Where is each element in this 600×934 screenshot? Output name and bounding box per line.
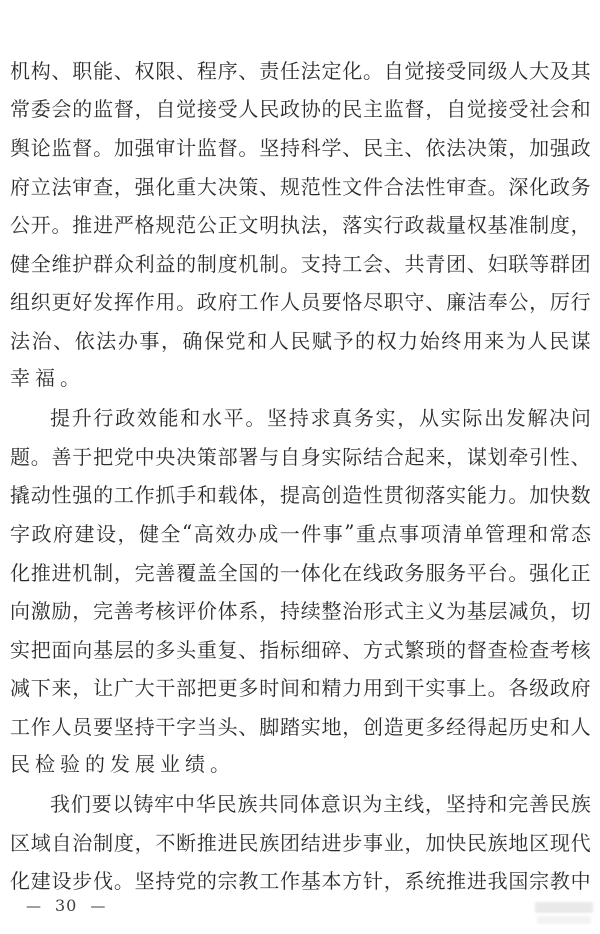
character: 基 (467, 595, 487, 624)
character: 实 (363, 209, 383, 238)
character: 断 (176, 827, 196, 856)
character: 基 (301, 865, 321, 894)
character: 我 (488, 865, 508, 894)
character: 公 (197, 209, 217, 238)
character: 的 (446, 634, 466, 663)
character: 央 (155, 441, 175, 470)
character: ， (259, 479, 279, 508)
character: 恪 (342, 286, 362, 315)
character: 实 (441, 402, 461, 431)
character: 评 (176, 595, 196, 624)
character: 。 (238, 132, 258, 161)
text-line: 机构、职能、权限、程序、责任法定化。自觉接受同级人大及其 (10, 50, 591, 89)
character: 系 (238, 595, 258, 624)
character: 力 (398, 325, 418, 354)
character: 织 (31, 286, 51, 315)
character: 策 (197, 441, 217, 470)
character: ” (344, 520, 354, 544)
character: 组 (10, 286, 30, 315)
character: 区 (529, 827, 549, 856)
character: 来 (484, 325, 504, 354)
character: 法 (446, 132, 466, 161)
character: 民 (467, 827, 487, 856)
text-line: 字政府建设，健全“高效办成一件事”重点事项清单管理和常态 (10, 513, 591, 552)
character: 。 (245, 402, 265, 431)
character: 牵 (508, 441, 528, 470)
character: 提 (280, 479, 300, 508)
character: 自 (155, 93, 175, 122)
character: 重 (176, 171, 196, 200)
watermark-blur-top (535, 902, 593, 913)
character: 加 (529, 132, 549, 161)
character: 和 (528, 518, 548, 547)
character: 受 (446, 55, 466, 84)
character: 引 (529, 441, 549, 470)
character: 制 (93, 557, 113, 586)
character: 正 (218, 209, 238, 238)
character: 推 (446, 865, 466, 894)
character: 式 (384, 595, 404, 624)
character: 价 (197, 595, 217, 624)
character: 头 (218, 711, 238, 740)
character: 统 (425, 865, 445, 894)
character: 坚 (267, 402, 287, 431)
character: 社 (529, 93, 549, 122)
text-line: 法治、依法办事，确保党和人民赋予的权力始终用来为人民谋 (10, 320, 591, 359)
character: 政 (197, 286, 217, 315)
character: 赋 (312, 325, 332, 354)
character: 和 (247, 325, 267, 354)
character: 为 (506, 325, 526, 354)
character: 化 (10, 865, 30, 894)
character: 出 (484, 402, 504, 431)
character: 识 (342, 788, 362, 817)
page-number: 30 (55, 896, 77, 915)
character: 把 (197, 672, 217, 701)
character: 查 (529, 634, 549, 663)
character: 坚 (259, 132, 279, 161)
character: 。 (114, 865, 134, 894)
text-line: 健全维护群众利益的制度机制。支持工会、共青团、妇联等群团 (10, 243, 591, 282)
character: 当 (197, 711, 217, 740)
character: 级 (529, 672, 549, 701)
character: 责 (259, 55, 279, 84)
character: 护 (72, 248, 92, 277)
character: 合 (384, 441, 404, 470)
character: 系 (405, 865, 425, 894)
character: 起 (488, 711, 508, 740)
character: 办 (118, 325, 138, 354)
character: 权 (467, 209, 487, 238)
character: 等 (529, 248, 549, 277)
character: 署 (238, 441, 258, 470)
character: ， (446, 441, 466, 470)
character: 抓 (155, 479, 175, 508)
footer-dash-right: — (90, 897, 106, 915)
character: 进 (218, 827, 238, 856)
character: 升 (72, 402, 92, 431)
text-line: 题。善于把党中央决策部署与自身实际结合起来，谋划牵引性、 (10, 436, 591, 475)
character: 我 (50, 788, 70, 817)
character: 团 (280, 827, 300, 856)
character: 经 (446, 711, 466, 740)
character: 自 (384, 55, 404, 84)
character: 。 (176, 286, 196, 315)
character: 持 (280, 132, 300, 161)
character: 精 (321, 672, 341, 701)
character: 常 (549, 518, 569, 547)
character: 工 (114, 479, 134, 508)
character: 把 (93, 441, 113, 470)
character: 、 (259, 171, 279, 200)
character: 。 (31, 441, 51, 470)
character: “ (182, 520, 192, 544)
character: 族 (237, 788, 257, 817)
character: 民 (290, 325, 310, 354)
character: 人 (528, 325, 548, 354)
character: 部 (176, 672, 196, 701)
character: 激 (31, 595, 51, 624)
character: ， (425, 788, 445, 817)
character: 职 (72, 55, 92, 84)
character: ， (342, 711, 362, 740)
character: 全 (161, 518, 181, 547)
character: 头 (176, 634, 196, 663)
character: 向 (72, 634, 92, 663)
character: 发 (93, 286, 113, 315)
character: 铸 (133, 788, 153, 817)
character: 让 (93, 672, 113, 701)
character: ， (405, 827, 425, 856)
character: 撬 (10, 479, 30, 508)
character: 完 (93, 595, 113, 624)
character: 用 (363, 672, 383, 701)
character: 教 (238, 865, 258, 894)
character: 。 (280, 248, 300, 277)
character: 尽 (363, 286, 383, 315)
character: 业 (384, 827, 404, 856)
character: ， (397, 402, 417, 431)
character: 体 (218, 595, 238, 624)
text-line: 公开。推进严格规范公正文明执法，落实行政裁量权基准制度， (10, 204, 591, 243)
character: 政 (571, 132, 591, 161)
character: 接 (197, 93, 217, 122)
character: 推 (72, 209, 92, 238)
character: 洁 (467, 286, 487, 315)
document-body: 机构、职能、权限、程序、责任法定化。自觉接受同级人大及其常委会的监督，自觉接受人… (10, 50, 591, 899)
character: 平 (224, 402, 244, 431)
character: 效 (215, 518, 235, 547)
character: 决 (176, 441, 196, 470)
text-line: 撬动性强的工作抓手和载体，提高创造性贯彻落实能力。加快数 (10, 475, 591, 514)
character: 强 (550, 132, 570, 161)
character: 层 (114, 634, 134, 663)
character: 设 (52, 865, 72, 894)
character: 务 (405, 557, 425, 586)
character: 实 (301, 711, 321, 740)
character: 主 (384, 132, 404, 161)
character: 与 (259, 441, 279, 470)
character: 创 (363, 711, 383, 740)
character: 民 (549, 325, 569, 354)
character: 始 (420, 325, 440, 354)
character: 性 (425, 171, 445, 200)
character: ， (425, 93, 445, 122)
character: 教 (550, 865, 570, 894)
character: 工 (342, 248, 362, 277)
character: 力 (488, 479, 508, 508)
character: 坚 (114, 711, 134, 740)
character: 进 (321, 827, 341, 856)
character: 性 (52, 479, 72, 508)
character: 态 (571, 518, 591, 547)
character: 结 (363, 441, 383, 470)
character: 域 (31, 827, 51, 856)
character: 度 (550, 209, 570, 238)
character: 上 (467, 672, 487, 701)
character: 民 (238, 827, 258, 856)
character: 机 (72, 557, 92, 586)
character: 作 (259, 286, 279, 315)
character: 续 (301, 595, 321, 624)
character: 减 (508, 595, 528, 624)
character: 指 (259, 634, 279, 663)
character: 限 (155, 55, 175, 84)
character: 监 (93, 93, 113, 122)
character: 事 (446, 672, 466, 701)
character: 制 (529, 209, 549, 238)
character: 监 (384, 93, 404, 122)
character: 、 (405, 132, 425, 161)
character: 人 (52, 711, 72, 740)
character: 的 (176, 248, 196, 277)
character: 造 (384, 711, 404, 740)
character: 会 (550, 93, 570, 122)
character: 覆 (176, 557, 196, 586)
character: 事 (139, 325, 159, 354)
character: 核 (571, 634, 591, 663)
character: 针 (363, 865, 383, 894)
character: 层 (488, 595, 508, 624)
character: 保 (204, 325, 224, 354)
character: 、 (238, 711, 258, 740)
character: 坚 (446, 788, 466, 817)
character: 持 (280, 595, 300, 624)
character: 加 (425, 827, 445, 856)
character: 。 (488, 171, 508, 200)
character: 确 (183, 325, 203, 354)
character: 级 (488, 55, 508, 84)
character: 宗 (218, 865, 238, 894)
character: 善 (529, 788, 549, 817)
character: 族 (259, 827, 279, 856)
character: 众 (114, 248, 134, 277)
character: 查 (467, 171, 487, 200)
character: 受 (218, 93, 238, 122)
character: 标 (280, 634, 300, 663)
character: 服 (425, 557, 445, 586)
character: 谋 (571, 325, 591, 354)
character: 时 (259, 672, 279, 701)
character: 员 (72, 711, 92, 740)
character: 单 (463, 518, 483, 547)
character: 加 (114, 132, 134, 161)
character: ， (529, 286, 549, 315)
character: 意 (321, 788, 341, 817)
character: 干 (155, 711, 175, 740)
character: 、 (571, 441, 591, 470)
character: 同 (279, 788, 299, 817)
character: 自 (280, 441, 300, 470)
character: 解 (527, 402, 547, 431)
character: 决 (467, 132, 487, 161)
character: 为 (362, 788, 382, 817)
character: 数 (571, 479, 591, 508)
character: 清 (442, 518, 462, 547)
character: 健 (10, 248, 30, 277)
character: 效 (137, 402, 157, 431)
character: 把 (31, 634, 51, 663)
character: 员 (301, 286, 321, 315)
character: 际 (342, 441, 362, 470)
character: 碎 (321, 634, 341, 663)
character: 会 (52, 93, 72, 122)
character: 制 (93, 827, 113, 856)
character: 重 (197, 634, 217, 663)
character: 管 (485, 518, 505, 547)
character: 负 (529, 595, 549, 624)
character: 作 (135, 479, 155, 508)
character: 线 (404, 788, 424, 817)
character: 高 (194, 518, 214, 547)
character: 实 (446, 479, 466, 508)
character: 基 (488, 209, 508, 238)
character: 身 (301, 441, 321, 470)
character: 持 (289, 402, 309, 431)
character: 府 (53, 518, 73, 547)
character: 件 (363, 171, 383, 200)
character: 常 (10, 93, 30, 122)
character: 大 (135, 672, 155, 701)
character: 度 (218, 248, 238, 277)
character: 厉 (550, 286, 570, 315)
character: 规 (280, 171, 300, 200)
character: 理 (506, 518, 526, 547)
character: 策 (238, 171, 258, 200)
character: 、 (53, 325, 73, 354)
character: 地 (321, 711, 341, 740)
character: 民 (217, 788, 237, 817)
character: 执 (280, 209, 300, 238)
character: 强 (135, 171, 155, 200)
character: 中 (175, 788, 195, 817)
character: 主 (383, 788, 403, 817)
character: 减 (10, 672, 30, 701)
character: 项 (420, 518, 440, 547)
character: 强 (72, 479, 92, 508)
character: 监 (197, 132, 217, 161)
character: 多 (238, 672, 258, 701)
character: 民 (342, 93, 362, 122)
character: 主 (363, 93, 383, 122)
character: 的 (72, 93, 92, 122)
character: 推 (31, 557, 51, 586)
character: 干 (405, 672, 425, 701)
character: 法 (301, 209, 321, 238)
text-line: 舆论监督。加强审计监督。坚持科学、民主、依法决策，加强政 (10, 127, 591, 166)
character: 务 (354, 402, 374, 431)
character: 用 (155, 286, 175, 315)
character: 历 (508, 711, 528, 740)
character: 科 (301, 132, 321, 161)
character: 审 (155, 132, 175, 161)
character: 水 (202, 402, 222, 431)
character: 行 (384, 209, 404, 238)
character: ， (118, 518, 138, 547)
character: 利 (135, 248, 155, 277)
character: 青 (425, 248, 445, 277)
character: 一 (280, 518, 300, 547)
character: 多 (425, 711, 445, 740)
character: 进 (93, 209, 113, 238)
character: 法 (301, 55, 321, 84)
character: 决 (549, 402, 569, 431)
character: 、 (425, 286, 445, 315)
character: 字 (10, 518, 30, 547)
character: ， (550, 595, 570, 624)
character: 人 (280, 286, 300, 315)
character: 用 (463, 325, 483, 354)
character: 琐 (425, 634, 445, 663)
character: 府 (10, 171, 30, 200)
character: 督 (72, 132, 92, 161)
character: 务 (446, 557, 466, 586)
character: 繁 (405, 634, 425, 663)
character: 文 (342, 171, 362, 200)
character: 的 (197, 865, 217, 894)
character: 脚 (259, 711, 279, 740)
text-line: 提升行政效能和水平。坚持求真务实，从实际出发解决问 (10, 397, 591, 436)
character: ， (259, 595, 279, 624)
character: 性 (550, 441, 570, 470)
text-line: 向激励，完善考核评价体系，持续整治形式主义为基层减负，切 (10, 590, 591, 629)
character: 持 (155, 865, 175, 894)
character: 机 (10, 55, 30, 84)
character: 建 (75, 518, 95, 547)
character: 民 (550, 788, 570, 817)
character: 、 (342, 634, 362, 663)
character: 化 (155, 171, 175, 200)
character: 化 (529, 171, 549, 200)
character: 民 (363, 132, 383, 161)
text-line: 化推进机制，完善覆盖全国的一体化在线政务服务平台。强化正 (10, 552, 591, 591)
text-line: 民检验的发展业绩。 (10, 745, 591, 784)
character: 快 (550, 479, 570, 508)
character: 实 (10, 634, 30, 663)
character: 设 (96, 518, 116, 547)
character: 一 (280, 557, 300, 586)
character: 政 (405, 209, 425, 238)
character: 审 (72, 171, 92, 200)
character: 。 (488, 672, 508, 701)
character: 其 (571, 55, 591, 84)
character: 干 (155, 672, 175, 701)
character: 平 (467, 557, 487, 586)
character: 人 (508, 55, 528, 84)
character: 作 (31, 711, 51, 740)
character: 的 (93, 479, 113, 508)
character: 严 (114, 209, 134, 238)
